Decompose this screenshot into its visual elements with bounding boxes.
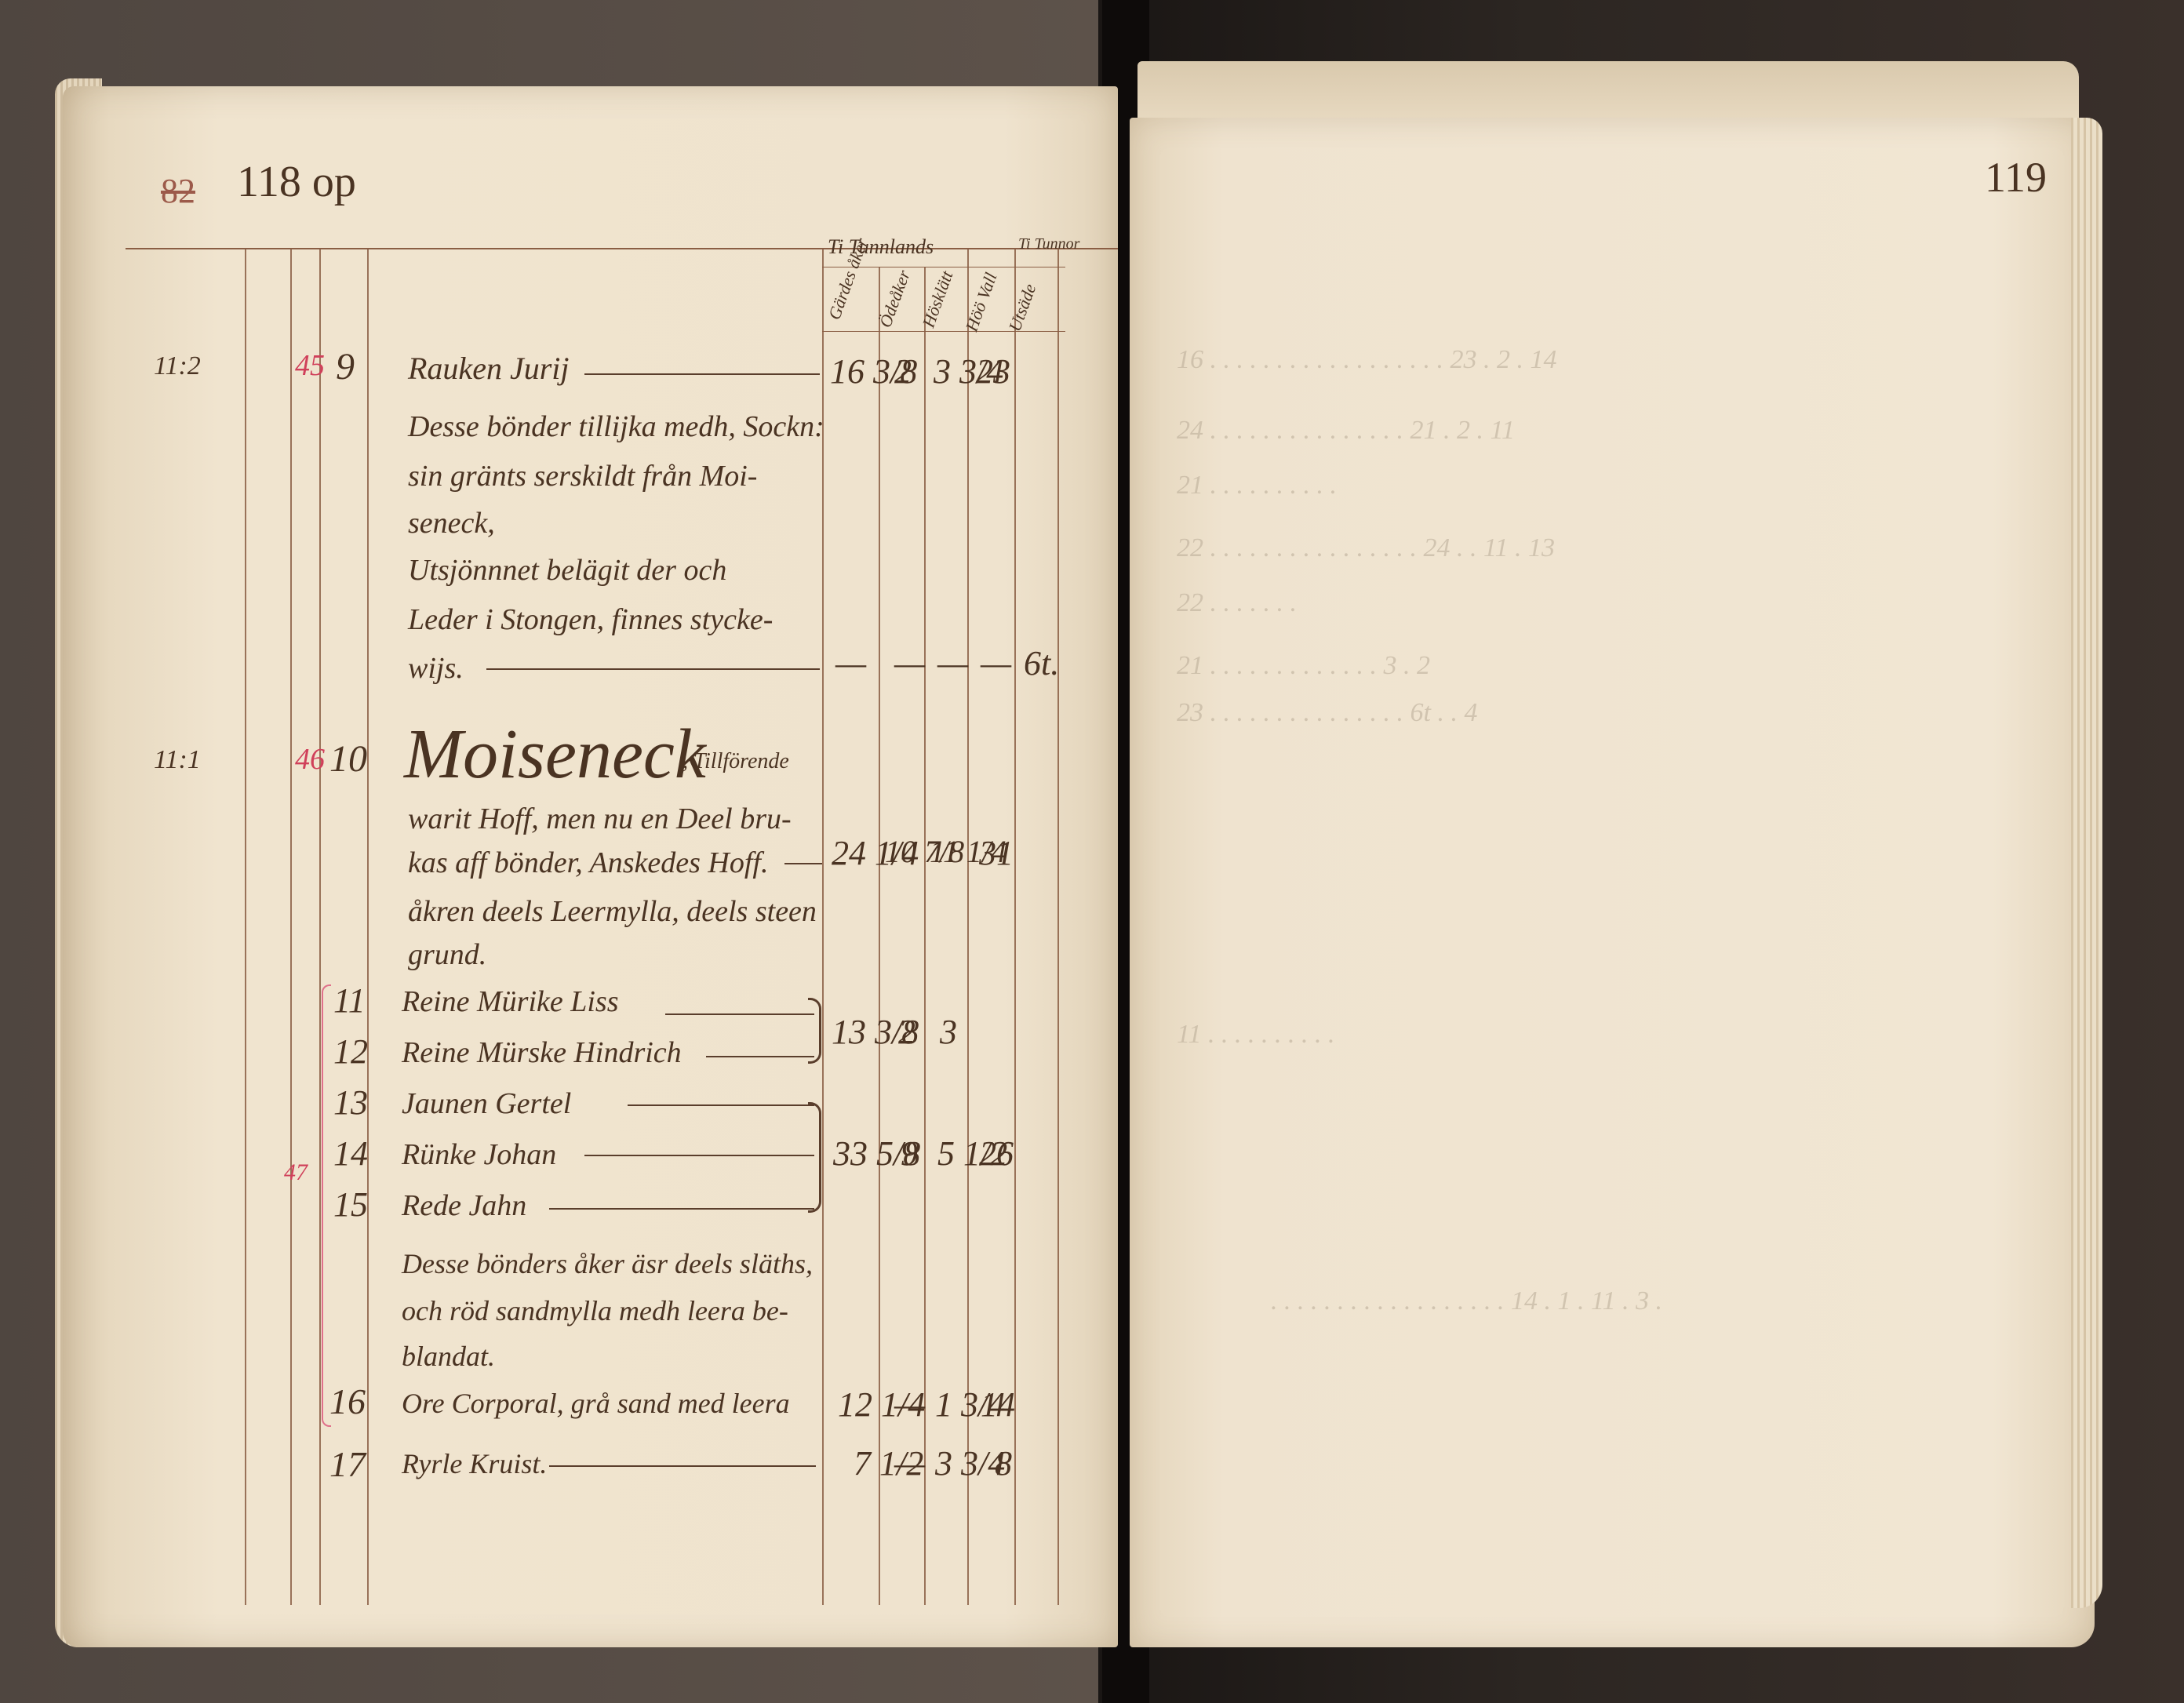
bleed-through-text: 21 . . . . . . . . . . [1177,471,1337,500]
note-line: wijs. [408,651,464,686]
margin-ref: 11:1 [154,745,201,775]
entry-number: 11 [333,981,366,1021]
entry-name: Reine Mürske Hindrich [402,1035,682,1070]
pencil-reference: 118 op [237,157,356,207]
entry-number: 9 [336,345,355,388]
leader-line [584,1155,814,1156]
entry-name: Jaunen Gertel [402,1086,571,1121]
group-value-hosklatt: 3 [940,1012,957,1052]
column-group-header-tunnor: Ti Tunnor [1018,235,1079,253]
column-line [822,248,824,1605]
entry-name: Ryrle Kruist. [402,1447,547,1480]
entry-name: Rauken Jurij [408,350,570,387]
column-line [290,248,292,1605]
entry-number: 10 [329,737,367,781]
red-number: 45 [295,348,325,383]
note-line: grund. [408,937,486,972]
leader-line [549,1465,816,1467]
leader-line [784,863,822,864]
column-line [367,248,369,1605]
entry-name: Reine Mürike Liss [402,984,619,1019]
header-bottom-rule [822,331,1065,332]
value-hoo-vall: 8 [995,1443,1012,1483]
top-rule [126,248,1118,249]
entry-number: 15 [333,1184,368,1224]
leader-line [549,1208,814,1210]
group-value-odeaker: 2 [898,1012,915,1052]
leader-line [665,1013,814,1015]
entry-name: Rünke Johan [402,1137,556,1172]
note-line: kas aff bönder, Anskedes Hoff. [408,846,768,880]
bleed-through-text: 24 . . . . . . . . . . . . . . . 21 . 2 … [1177,416,1515,446]
right-page-edges [2071,118,2102,1608]
red-number: 47 [284,1159,308,1186]
value-dash: — [937,643,968,683]
note-line: seneck, [408,506,495,540]
entry-number: 14 [333,1134,368,1174]
entry-name: Rede Jahn [402,1188,526,1223]
value-odeaker: 2 [894,351,912,391]
note-line: Utsjönnnet belägit der och [408,553,726,588]
column-line [1057,248,1059,1605]
value-dash: — [835,643,866,683]
entry-number: 13 [333,1083,368,1123]
note-line: sin gränts serskildt från Moi- [408,459,757,493]
leader-line [584,373,820,375]
bleed-through-text: . . . . . . . . . . . . . . . . . . 14 .… [1271,1286,1662,1316]
leader-line [706,1056,814,1057]
bleed-through-text: 22 . . . . . . . [1177,588,1297,618]
entry-name-suffix: , Tillförende [682,749,789,774]
entry-name: Ore Corporal, grå sand med leera [402,1387,790,1420]
leader-line [486,668,820,670]
note-line: Desse bönder tillijka medh, Sockn: [408,409,824,444]
column-line [245,248,246,1605]
struck-folio-number: 82 [161,171,195,211]
bleed-through-text: 21 . . . . . . . . . . . . . 3 . 2 [1177,651,1430,681]
red-bracket [322,984,331,1427]
note-line: warit Hoff, men nu en Deel bru- [408,802,792,836]
place-name-heading: Moiseneck [404,714,706,795]
group-brace [808,998,821,1064]
column-line [319,248,321,1605]
group-value-odeaker: 9 [901,1134,918,1174]
group-value-hoo-vall: 26 [979,1134,1014,1174]
note-line: Desse bönders åker äsr deels släths, [402,1247,813,1280]
entry-number: 16 [329,1381,366,1422]
margin-ref: 11:2 [154,351,201,381]
value-dash: — [981,643,1011,683]
entry-number: 17 [329,1443,366,1485]
value-hoo-vall: 23 [976,351,1010,391]
group-brace [808,1102,821,1213]
bleed-through-text: 16 . . . . . . . . . . . . . . . . . . 2… [1177,345,1557,375]
value-utsade: 6t. [1024,643,1059,683]
note-line: blandat. [402,1340,495,1373]
bleed-through-text: 22 . . . . . . . . . . . . . . . . 24 . … [1177,533,1555,563]
red-number: 46 [295,742,325,777]
entry-number: 12 [333,1032,368,1072]
value-odeaker: — [894,1443,925,1483]
column-group-header-tunnlands: Ti Tunnlands [828,235,934,259]
note-line: och röd sandmylla medh leera be- [402,1294,788,1327]
value-dash: — [894,643,925,683]
note-line: åkren deels Leermylla, deels steen [408,894,817,929]
value-hoo-vall: 31 [979,833,1014,873]
bleed-through-text: 23 . . . . . . . . . . . . . . . 6t . . … [1177,698,1477,728]
note-line: Leder i Stongen, finnes stycke- [408,602,773,637]
right-page-folio-number: 119 [1985,153,2047,202]
leader-line [628,1104,814,1106]
value-odeaker: — [894,1385,925,1425]
value-hoo-vall: 14 [981,1385,1015,1425]
bleed-through-text: 11 . . . . . . . . . . [1177,1020,1334,1050]
